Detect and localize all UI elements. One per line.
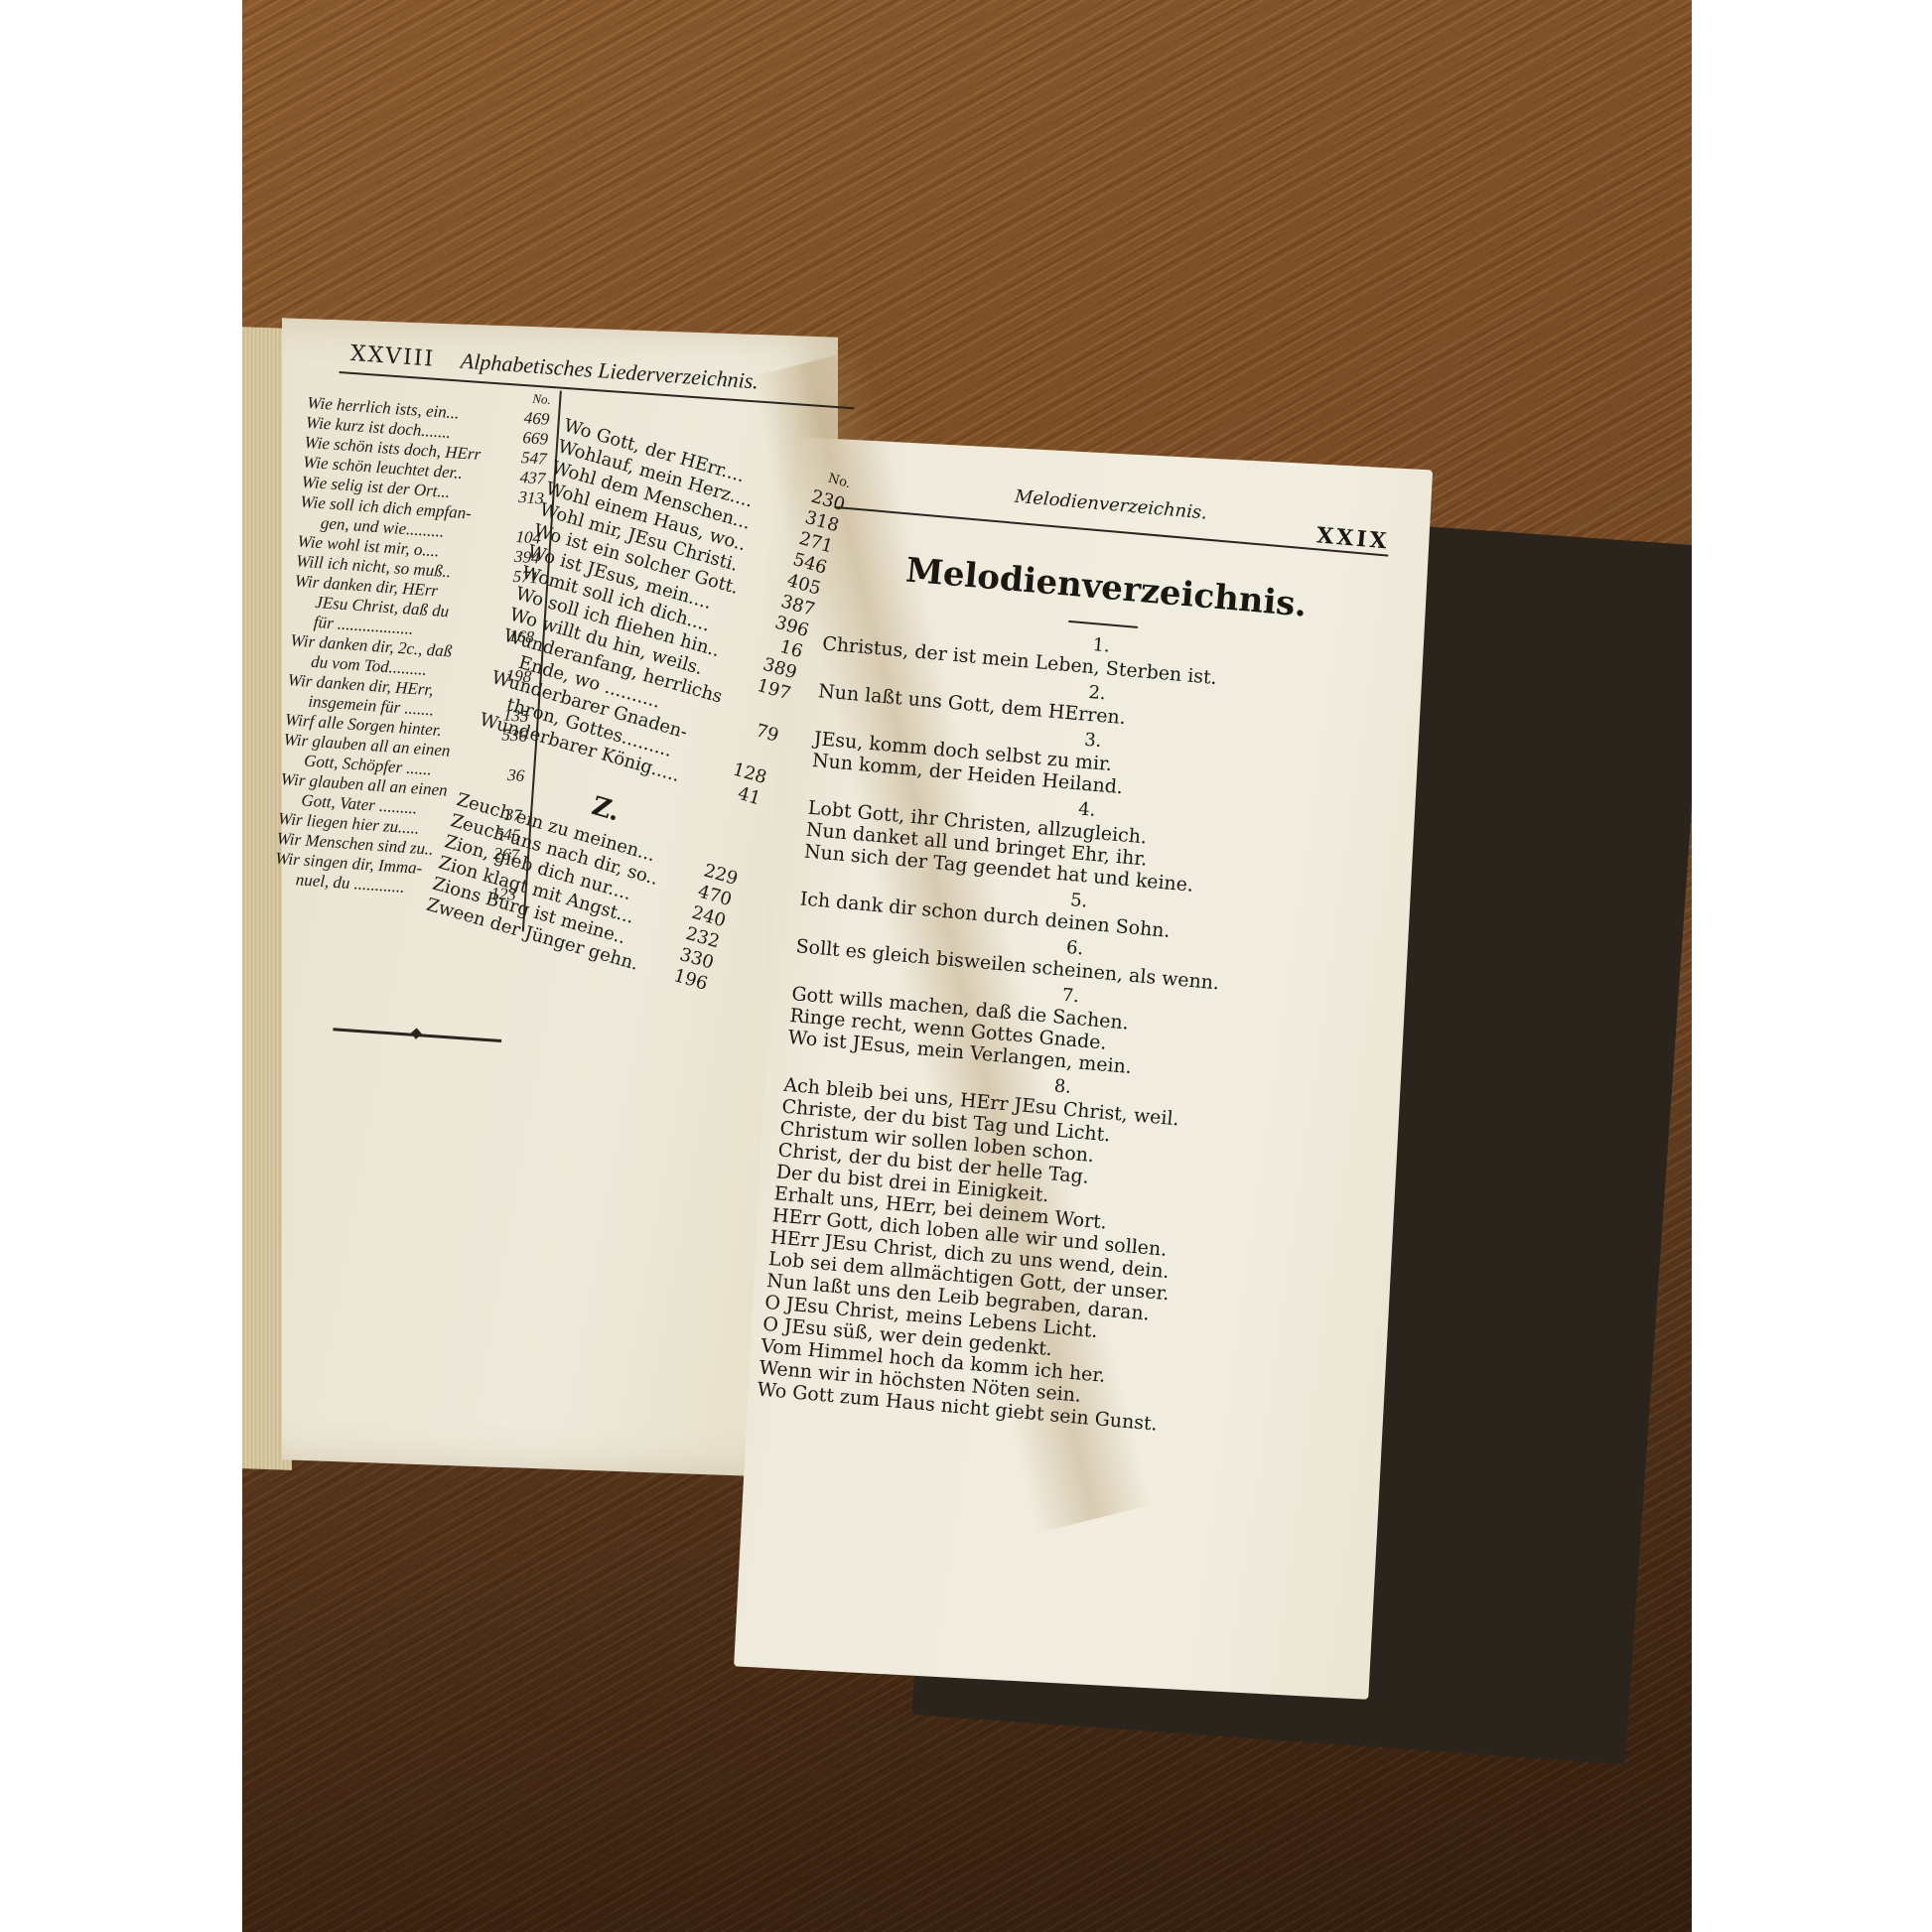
book-photo: XXVIII Alphabetisches Liederverzeichnis.… (242, 0, 1692, 1932)
left-page-content: XXVIII Alphabetisches Liederverzeichnis.… (264, 338, 867, 1064)
entry-number (764, 747, 774, 768)
entry-number: 469 (519, 408, 550, 430)
melody-groups: 1.Christus, der ist mein Leben, Sterben … (757, 611, 1379, 1449)
melody-group: 8.Ach bleib bei uns, HErr JEsu Christ, w… (757, 1052, 1341, 1449)
entry-number (776, 704, 786, 726)
index-columns: No. Wie herrlich ists, ein...469Wie kurz… (271, 373, 864, 953)
title-rule (1068, 621, 1138, 628)
right-page-content: Melodienverzeichnis. XXIX Melodienverzei… (757, 467, 1392, 1449)
left-page-number: XXVIII (349, 342, 436, 372)
entry-number: 669 (518, 428, 549, 450)
